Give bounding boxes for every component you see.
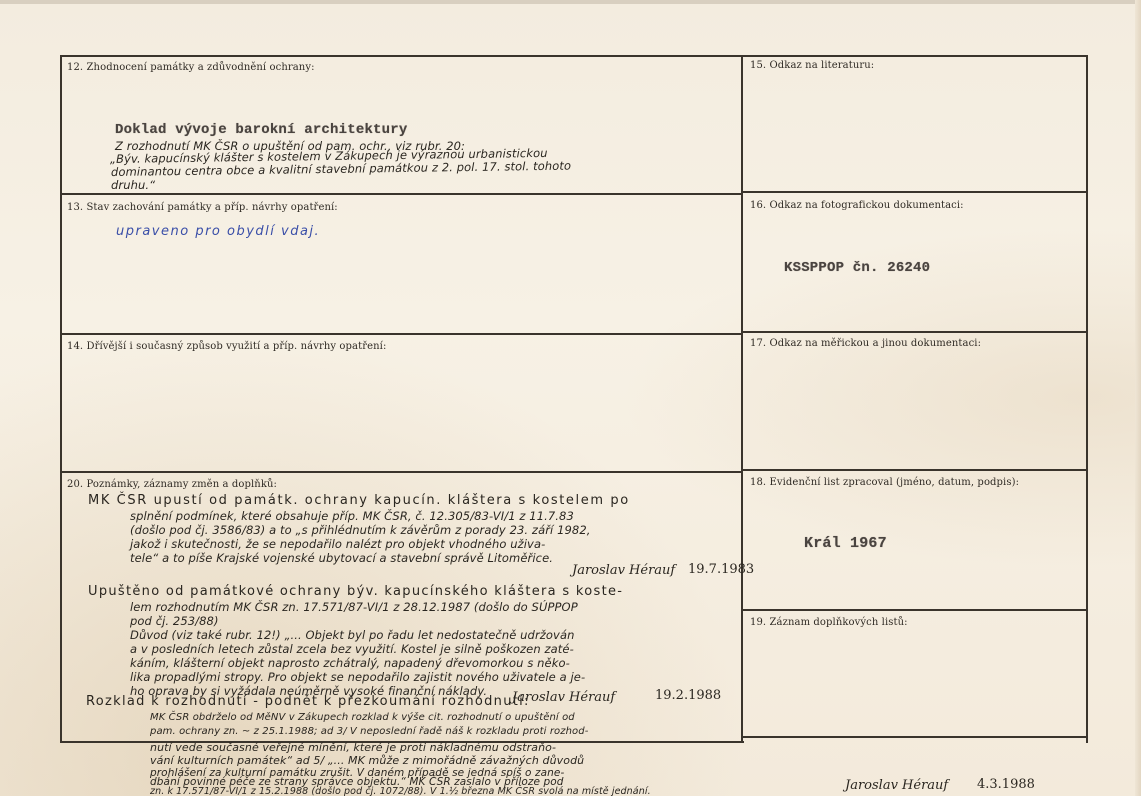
- section-12-typed-text: Doklad vývoje barokní architektury: [115, 122, 407, 138]
- column-divider: [741, 55, 743, 743]
- section-20-entry-1-date: 19.7.1983: [688, 562, 754, 577]
- right-column-bottom-rule: [742, 736, 1088, 738]
- section-16-label: 16. Odkaz na fotografickou dokumentaci:: [750, 200, 964, 211]
- paper-top-edge: [0, 0, 1141, 4]
- section-12-handwritten-line: druhu.“: [111, 178, 155, 192]
- section-16-typed-text: KSSPPOP čn. 26240: [784, 260, 930, 276]
- row-rule-14-20: [60, 471, 742, 473]
- section-20-entry-1-line: (došlo pod čj. 3586/83) a to „s přihlédn…: [130, 523, 591, 537]
- section-20-entry-2-line: lika propadlými stropy. Pro objekt se ne…: [130, 670, 585, 684]
- row-rule-15-16: [742, 191, 1088, 193]
- section-20-entry-2-date: 19.2.1988: [655, 688, 721, 703]
- section-20-entry-1-lead: MK ČSR upustí od památk. ochrany kapucín…: [88, 493, 630, 508]
- section-20-entry-2-line: pod čj. 253/88): [130, 614, 219, 628]
- section-20-label: 20. Poznámky, záznamy změn a doplňků:: [67, 479, 277, 490]
- section-12-label: 12. Zhodnocení památky a zdůvodnění ochr…: [67, 62, 315, 73]
- row-rule-18-19: [742, 609, 1088, 611]
- row-rule-13-14: [60, 333, 742, 335]
- section-20-entry-3-line: nutí vede současné veřejné mínění, které…: [150, 741, 556, 754]
- row-rule-17-18: [742, 469, 1088, 471]
- section-20-entry-2-line: lem rozhodnutím MK ČSR zn. 17.571/87-VI/…: [130, 600, 578, 614]
- section-20-entry-2-lead: Upuštěno od památkové ochrany býv. kapuc…: [88, 584, 623, 599]
- section-20-entry-3-date: 4.3.1988: [977, 777, 1035, 792]
- section-18-label: 18. Evidenční list zpracoval (jméno, dat…: [750, 477, 1019, 488]
- section-20-entry-3-line: zn. k 17.571/87-VI/1 z 15.2.1988 (došlo …: [150, 786, 651, 796]
- row-rule-12-13: [60, 193, 742, 195]
- section-13-handwritten-text: upraveno pro obydlí vdaj.: [116, 224, 320, 239]
- section-20-entry-3-line: vání kulturních památek“ ad 5/ „... MK m…: [150, 754, 584, 767]
- section-20-entry-1-signature: Jaroslav Hérauf: [572, 563, 675, 578]
- section-20-entry-3-line: pam. ochrany zn. ~ z 25.1.1988; ad 3/ V …: [150, 726, 588, 737]
- section-20-entry-3-lead: Rozklad k rozhodnutí - podnět k přezkoum…: [86, 694, 530, 709]
- section-18-typed-text: Král 1967: [804, 535, 887, 552]
- section-14-label: 14. Dřívější i současný způsob využití a…: [67, 341, 386, 352]
- section-20-entry-1-line: jakož i skutečnosti, že se nepodařilo na…: [130, 537, 545, 551]
- section-20-entry-3-signature: Jaroslav Hérauf: [845, 778, 948, 793]
- paper-right-edge: [1135, 0, 1141, 796]
- row-rule-16-17: [742, 331, 1088, 333]
- section-17-label: 17. Odkaz na měřickou a jinou dokumentac…: [750, 338, 981, 349]
- section-19-label: 19. Záznam doplňkových listů:: [750, 617, 908, 628]
- section-13-label: 13. Stav zachování památky a příp. návrh…: [67, 202, 338, 213]
- section-20-entry-2-line: a v posledních letech zůstal zcela bez v…: [130, 642, 574, 656]
- section-20-entry-3-line: MK ČSR obdrželo od MěNV v Zákupech rozkl…: [150, 712, 575, 723]
- section-20-entry-1-line: splnění podmínek, které obsahuje příp. M…: [130, 509, 574, 523]
- section-15-label: 15. Odkaz na literaturu:: [750, 60, 874, 71]
- section-20-entry-1-line: tele“ a to píše Krajské vojenské ubytova…: [130, 551, 553, 565]
- section-20-entry-2-line: káním, klášterní objekt naprosto zchátra…: [130, 656, 570, 670]
- section-20-entry-2-line: Důvod (viz také rubr. 12!) „... Objekt b…: [130, 628, 574, 642]
